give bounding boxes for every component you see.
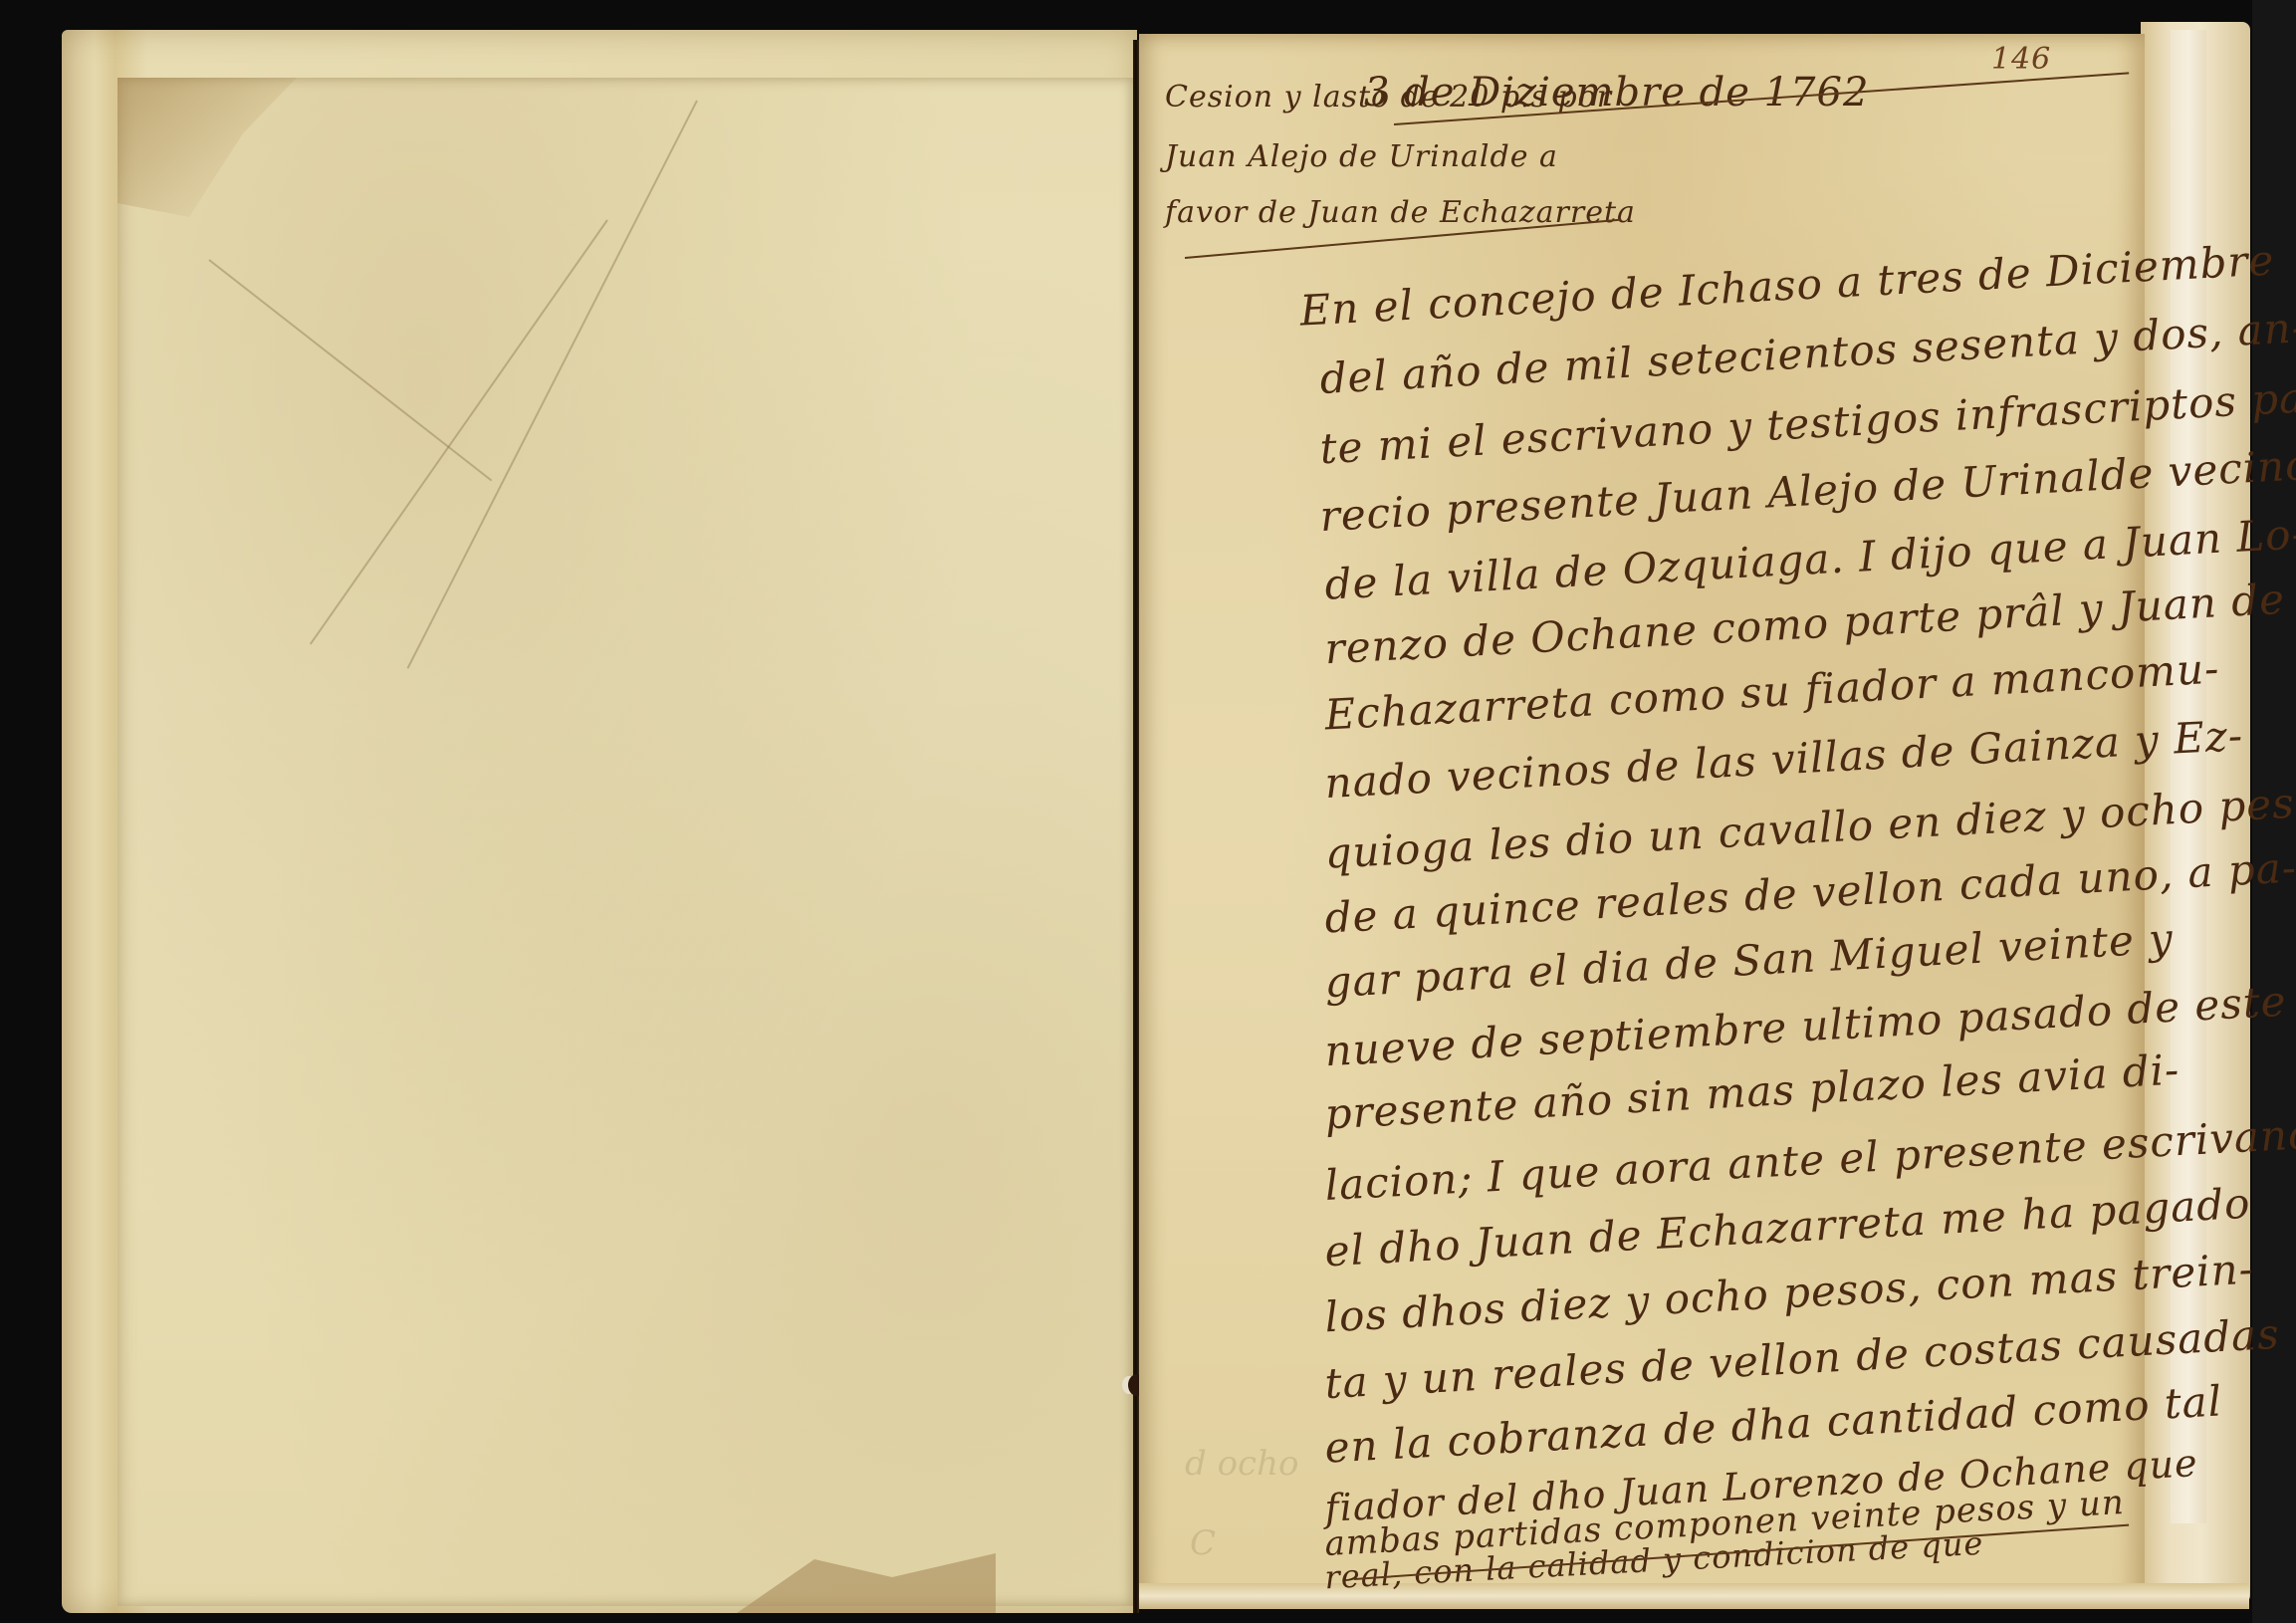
folio-number: 146 <box>1991 42 2051 77</box>
bleed-through-text: d ocho <box>1185 1444 1298 1484</box>
marginal-header-line: Juan Alejo de Urinalde a <box>1165 139 1558 174</box>
open-manuscript-volume: d ocho C 146 Cesion y lasto de 20 p.s po… <box>0 0 2296 1623</box>
bleed-through-text: C <box>1190 1523 1216 1563</box>
page-bottom-edge <box>1139 1583 2249 1609</box>
